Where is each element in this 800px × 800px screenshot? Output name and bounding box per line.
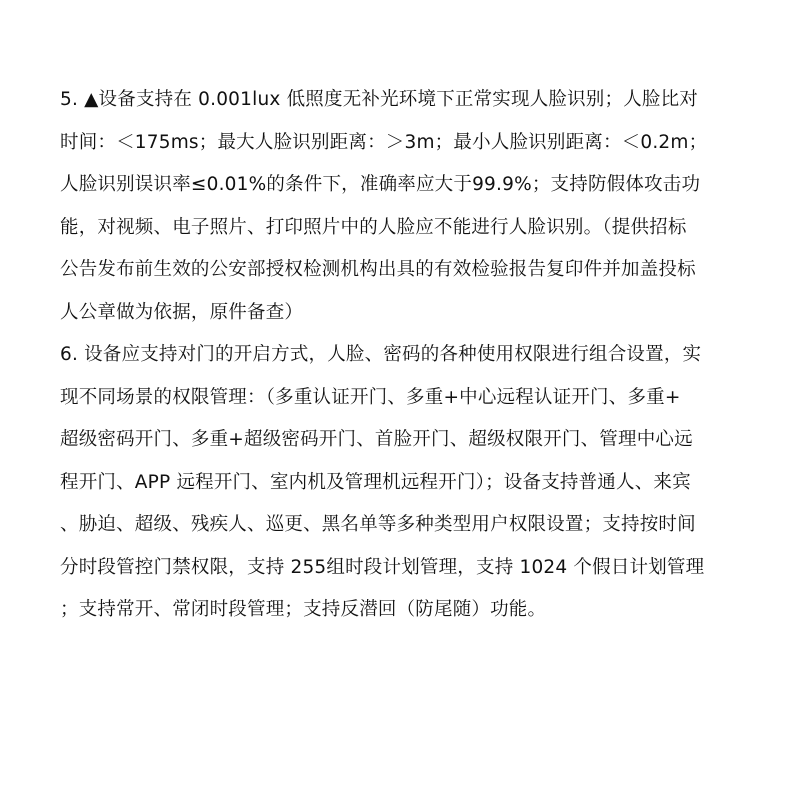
text-line: 公告发布前生效的公安部授权检测机构出具的有效检验报告复印件并加盖投标 [60,252,750,295]
text-line: 分时段管控门禁权限，支持 255组时段计划管理，支持 1024 个假日计划管理 [60,550,750,593]
document-body: 5. ▲设备支持在 0.001lux 低照度无补光环境下正常实现人脸识别；人脸比… [60,82,750,635]
paragraph-item-5: 5. ▲设备支持在 0.001lux 低照度无补光环境下正常实现人脸识别；人脸比… [60,82,750,337]
text-line: 时间：＜175ms；最大人脸识别距离：＞3m；最小人脸识别距离：＜0.2m； [60,125,750,168]
text-line: 人脸识别误识率≤0.01%的条件下，准确率应大于99.9%；支持防假体攻击功 [60,167,750,210]
text-line: 、胁迫、超级、残疾人、巡更、黑名单等多种类型用户权限设置；支持按时间 [60,507,750,550]
text-line: 程开门、APP 远程开门、室内机及管理机远程开门）；设备支持普通人、来宾 [60,465,750,508]
paragraph-item-6: 6. 设备应支持对门的开启方式，人脸、密码的各种使用权限进行组合设置，实 现不同… [60,337,750,635]
text-line: 5. ▲设备支持在 0.001lux 低照度无补光环境下正常实现人脸识别；人脸比… [60,82,750,125]
text-line: 能，对视频、电子照片、打印照片中的人脸应不能进行人脸识别。（提供招标 [60,210,750,253]
text-line: ；支持常开、常闭时段管理；支持反潜回（防尾随）功能。 [60,592,750,635]
text-line: 现不同场景的权限管理：（多重认证开门、多重+中心远程认证开门、多重+ [60,380,750,423]
text-line: 超级密码开门、多重+超级密码开门、首脸开门、超级权限开门、管理中心远 [60,422,750,465]
text-line: 人公章做为依据，原件备查） [60,295,750,338]
text-line: 6. 设备应支持对门的开启方式，人脸、密码的各种使用权限进行组合设置，实 [60,337,750,380]
